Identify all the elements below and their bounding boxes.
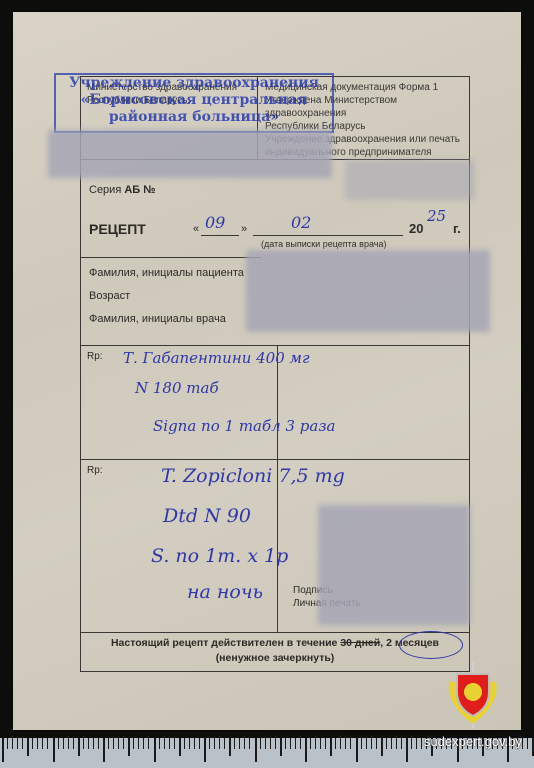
ruler-tick	[189, 738, 190, 749]
ruler-tick	[522, 738, 523, 749]
redacted-region	[48, 130, 332, 178]
ruler-tick	[406, 738, 408, 762]
ruler-tick	[22, 738, 23, 749]
ruler-tick	[290, 738, 291, 749]
ruler-tick	[345, 738, 346, 749]
ruler-tick	[325, 738, 326, 749]
doctor-name-label: Фамилия, инициалы врача	[89, 313, 226, 325]
ruler-tick	[214, 738, 215, 749]
rx2-label: Rp:	[87, 465, 103, 476]
ruler-tick	[133, 738, 134, 749]
redacted-region	[345, 160, 475, 200]
stamp-line: районная больница»	[56, 109, 332, 126]
ruler-tick	[280, 738, 282, 756]
ruler-tick	[169, 738, 170, 749]
ruler-tick	[295, 738, 296, 749]
year-unit: г.	[453, 221, 461, 236]
ruler-tick	[260, 738, 261, 749]
ruler-tick	[234, 738, 235, 749]
ruler-tick	[148, 738, 149, 749]
ruler-tick	[68, 738, 69, 749]
ruler-tick	[361, 738, 362, 749]
series-label: Серия АБ №	[89, 184, 156, 196]
ruler-tick	[416, 738, 417, 749]
ruler-tick	[53, 738, 55, 762]
ruler-tick	[98, 738, 99, 749]
ruler-tick	[300, 738, 301, 749]
ruler-tick	[320, 738, 321, 749]
ruler-tick	[275, 738, 276, 749]
ruler-tick	[88, 738, 89, 749]
ruler-tick	[229, 738, 231, 756]
ruler-tick	[103, 738, 105, 762]
ruler-tick	[164, 738, 165, 749]
validity-note: (ненужное зачеркнуть)	[81, 652, 469, 664]
recipe-title: РЕЦЕПТ	[89, 221, 146, 237]
ruler-tick	[386, 738, 387, 749]
ruler-tick	[128, 738, 130, 756]
ruler-tick	[159, 738, 160, 749]
ruler-tick	[194, 738, 195, 749]
ruler-tick	[350, 738, 351, 749]
ruler-tick	[305, 738, 307, 762]
year-prefix: 20	[409, 221, 423, 236]
ruler-tick	[174, 738, 175, 749]
ruler-tick	[7, 738, 8, 749]
ruler-tick	[37, 738, 38, 749]
ruler-tick	[204, 738, 206, 762]
rx2-line: T. Zopicloni 7,5 mg	[161, 465, 345, 487]
ruler-tick	[12, 738, 13, 749]
year-suffix: 25	[427, 207, 446, 225]
stamp-line: Учреждение здравоохранения	[56, 75, 332, 92]
ruler-tick	[179, 738, 181, 756]
age-label: Возраст	[89, 290, 130, 302]
ruler-tick	[199, 738, 200, 749]
ruler-tick	[123, 738, 124, 749]
ruler-tick	[17, 738, 18, 749]
rx1-line: Signa по 1 табл 3 раза	[153, 417, 335, 435]
ruler-tick	[356, 738, 358, 762]
ruler-tick	[330, 738, 332, 756]
ruler-tick	[396, 738, 397, 749]
day-underline	[201, 235, 239, 236]
date-open-quote: «	[193, 223, 199, 235]
ruler-tick	[32, 738, 33, 749]
ruler-tick	[381, 738, 383, 756]
ruler-tick	[154, 738, 156, 762]
month-underline	[253, 235, 403, 236]
stamp-line: «Борисовская центральная	[56, 92, 332, 109]
institution-stamp: Учреждение здравоохранения «Борисовская …	[54, 73, 334, 133]
date-close-quote: »	[241, 223, 247, 235]
ruler-tick	[138, 738, 139, 749]
ruler-tick	[27, 738, 29, 756]
ruler-tick	[219, 738, 220, 749]
redacted-region	[246, 250, 490, 332]
rx2-line: S. по 1т. х 1р	[151, 545, 288, 567]
rx1-label: Rp:	[87, 351, 103, 362]
ruler-tick	[73, 738, 74, 749]
ruler-tick	[249, 738, 250, 749]
ruler-tick	[83, 738, 84, 749]
ruler-tick	[58, 738, 59, 749]
ruler-tick	[315, 738, 316, 749]
ruler-tick	[371, 738, 372, 749]
ruler-tick	[391, 738, 392, 749]
date-caption: (дата выписки рецепта врача)	[261, 239, 386, 249]
ruler-tick	[255, 738, 257, 762]
ruler-tick	[118, 738, 119, 749]
rx2-line: Dtd N 90	[163, 505, 251, 527]
rx1-line: N 180 таб	[135, 379, 219, 397]
ruler-tick	[285, 738, 286, 749]
ruler-tick	[401, 738, 402, 749]
ruler-tick	[2, 738, 4, 762]
ruler-tick	[113, 738, 114, 749]
ruler-tick	[224, 738, 225, 749]
ruler-tick	[239, 738, 240, 749]
patient-name-label: Фамилия, инициалы пациента	[89, 267, 244, 279]
ruler-tick	[335, 738, 336, 749]
ruler-tick	[310, 738, 311, 749]
ruler-tick	[527, 738, 528, 749]
ruler-tick	[108, 738, 109, 749]
ruler-tick	[265, 738, 266, 749]
ruler-tick	[78, 738, 80, 756]
redacted-region	[318, 505, 470, 625]
rx1-line: Т. Габапентини 400 мг	[123, 349, 310, 367]
forensic-emblem-icon	[447, 662, 499, 728]
rx2-line: на ночь	[187, 581, 263, 603]
ruler-tick	[184, 738, 185, 749]
ruler-tick	[93, 738, 94, 749]
ruler-tick	[209, 738, 210, 749]
ruler-tick	[42, 738, 43, 749]
ruler-tick	[244, 738, 245, 749]
date-month: 02	[291, 213, 311, 232]
ruler-tick	[270, 738, 271, 749]
ruler-tick	[340, 738, 341, 749]
ruler-tick	[366, 738, 367, 749]
ruler-tick	[376, 738, 377, 749]
ruler-tick	[47, 738, 48, 749]
ruler-tick	[421, 738, 422, 749]
date-day: 09	[205, 213, 225, 232]
ruler-tick	[63, 738, 64, 749]
watermark: sudexpert.gov.by	[424, 734, 522, 749]
ruler-tick	[143, 738, 144, 749]
ruler-tick	[411, 738, 412, 749]
